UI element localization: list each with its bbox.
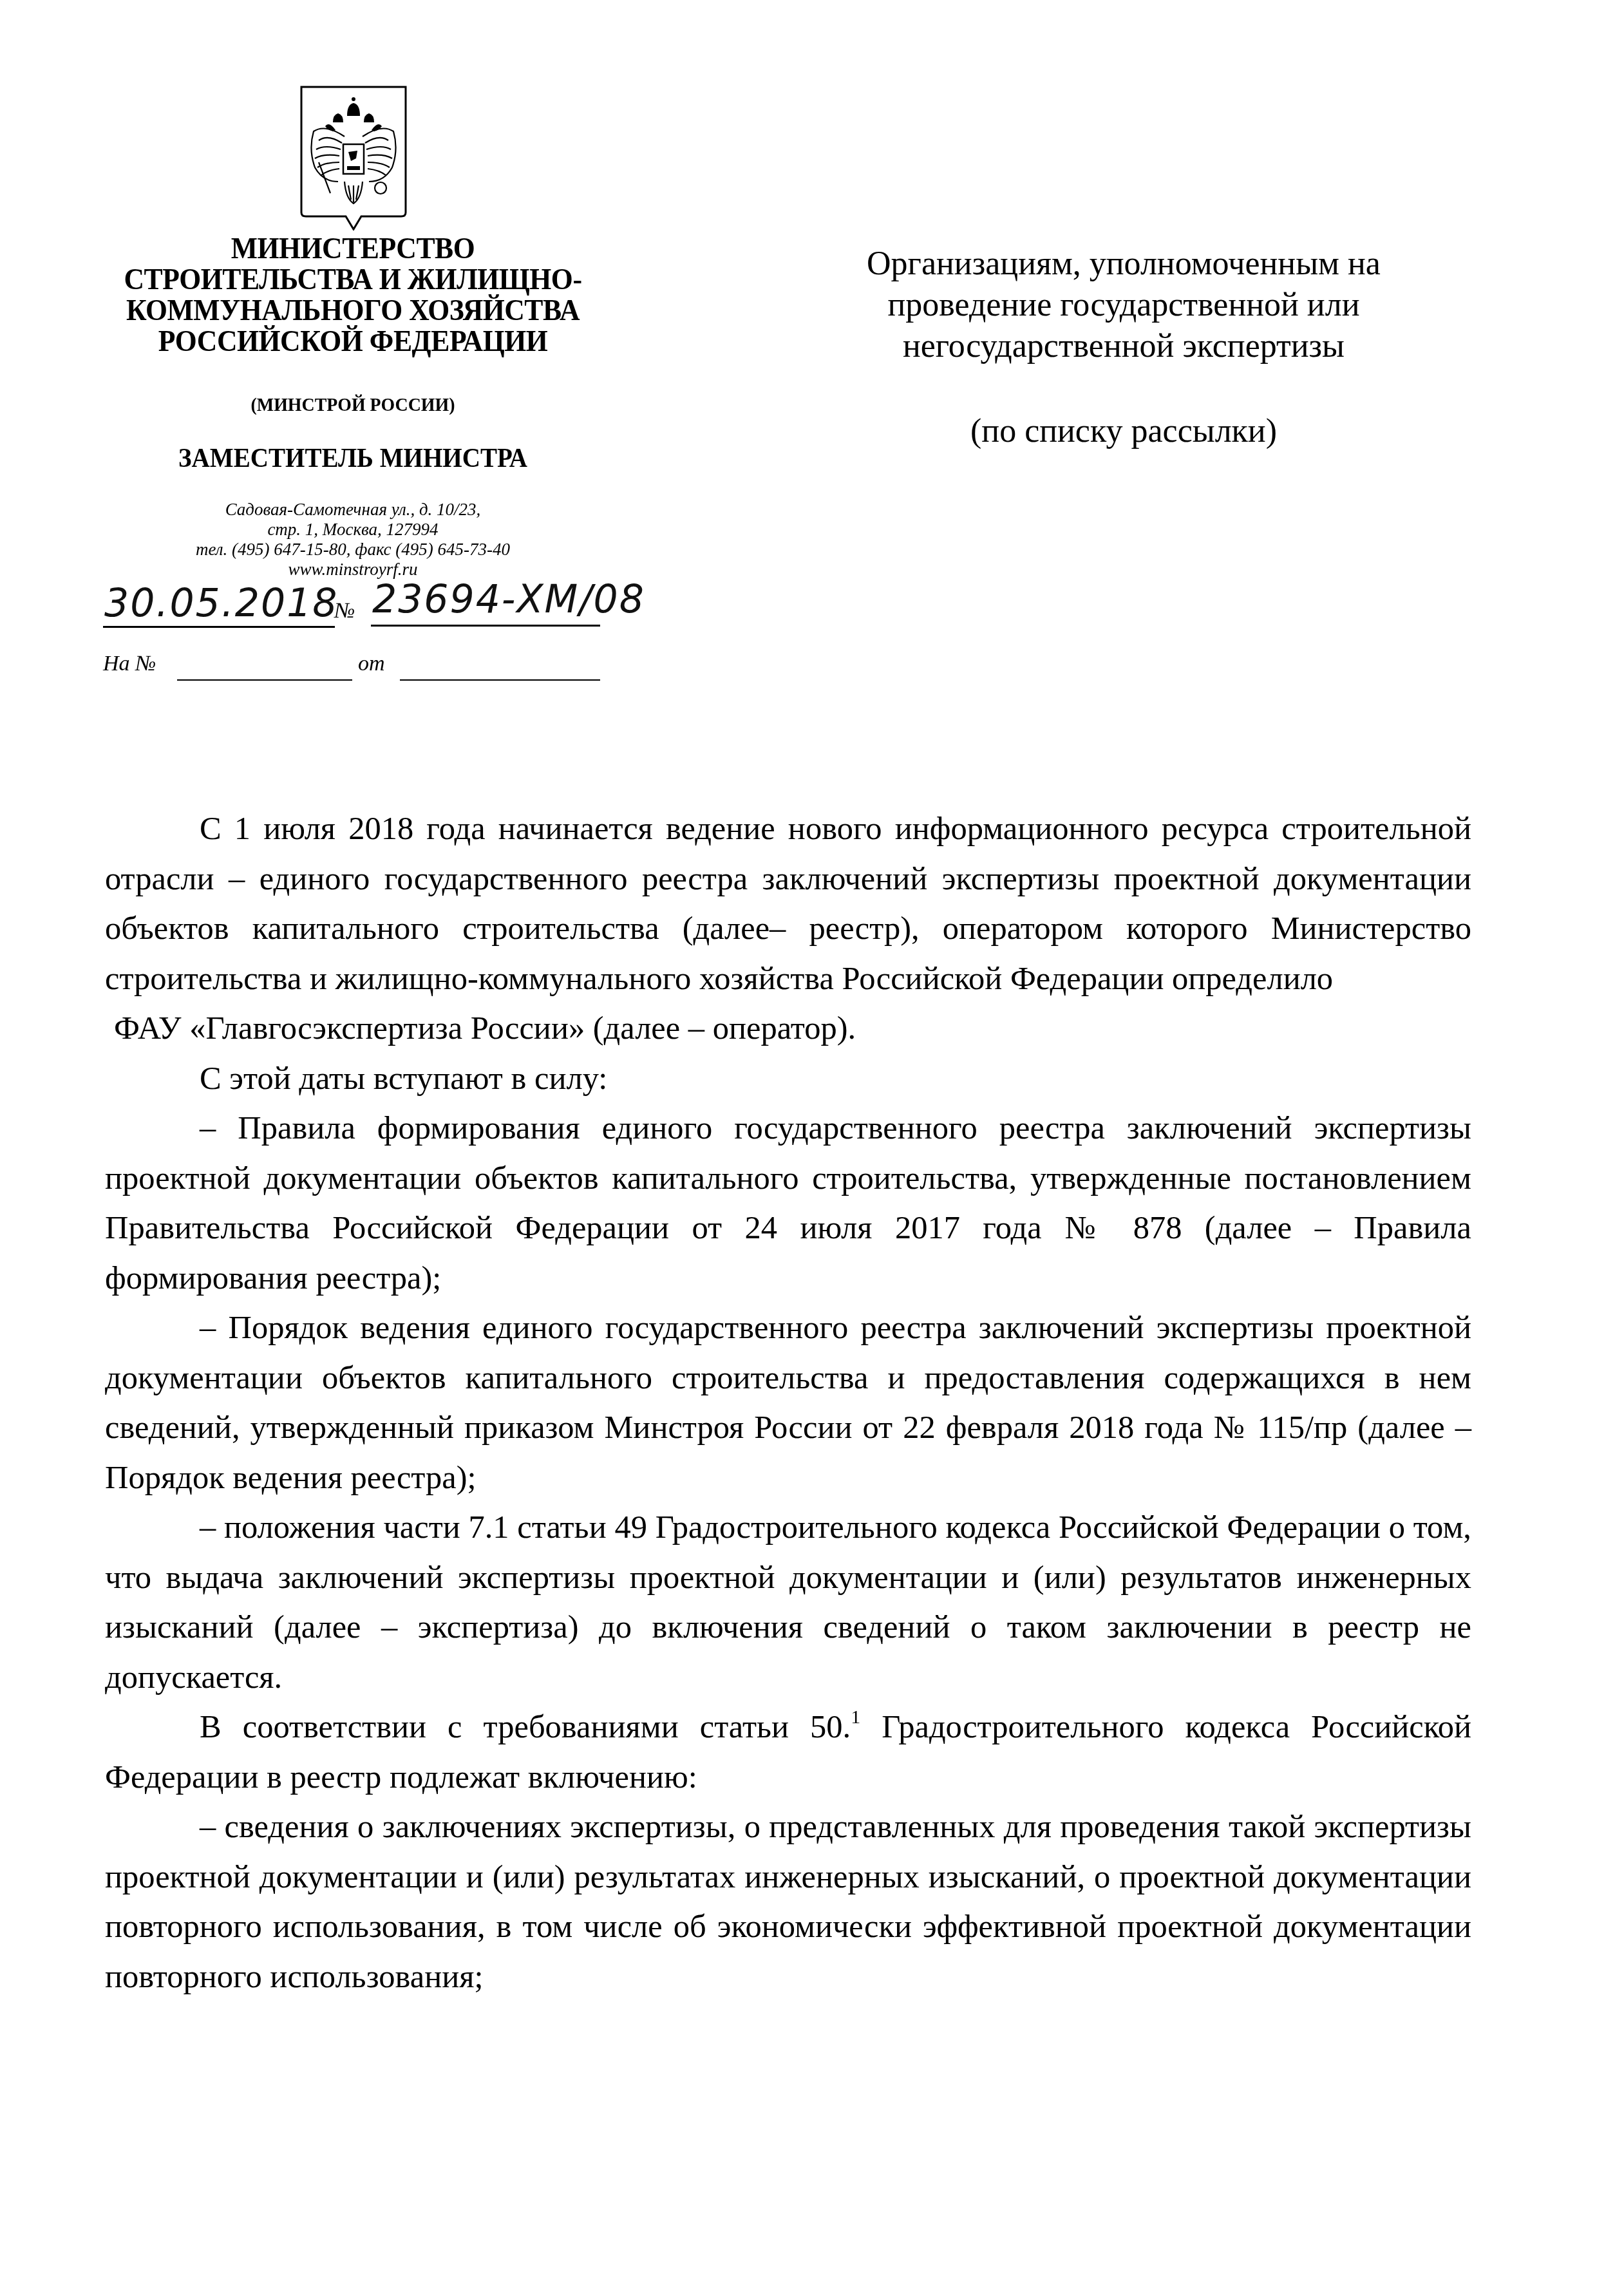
addressee-line: проведение государственной или	[811, 285, 1436, 326]
ministry-name-line: СТРОИТЕЛЬСТВА И ЖИЛИЩНО-	[113, 264, 592, 295]
ministry-name-line: РОССИЙСКОЙ ФЕДЕРАЦИИ	[113, 326, 592, 357]
paragraph: – сведения о заключениях экспертизы, о п…	[105, 1802, 1471, 2001]
address-line: Садовая-Самотечная ул., д. 10/23,	[95, 500, 610, 520]
reference-number-field	[177, 679, 352, 681]
reference-date-label: от	[358, 652, 385, 676]
ministry-name-line: МИНИСТЕРСТВО	[113, 233, 592, 264]
date-underline	[103, 626, 335, 628]
address-line: тел. (495) 647-15-80, факс (495) 645-73-…	[95, 540, 610, 560]
addressee-line: Организациям, уполномоченным на	[811, 243, 1436, 285]
paragraph-text: В соответствии с требованиями статьи 50.	[200, 1708, 851, 1744]
addressee-block: Организациям, уполномоченным на проведен…	[811, 243, 1436, 367]
reference-number-label: На №	[103, 652, 156, 676]
paragraph: С 1 июля 2018 года начинается ведение но…	[105, 804, 1471, 1003]
ministry-name-line: КОММУНАЛЬНОГО ХОЗЯЙСТВА	[113, 295, 592, 326]
paragraph: С этой даты вступают в силу:	[105, 1053, 1471, 1104]
paragraph: В соответствии с требованиями статьи 50.…	[105, 1702, 1471, 1802]
number-sign: №	[334, 599, 355, 623]
letter-body: С 1 июля 2018 года начинается ведение но…	[105, 804, 1471, 2001]
coat-of-arms-icon	[299, 85, 408, 231]
superscript: 1	[851, 1706, 860, 1728]
ministry-name: МИНИСТЕРСТВО СТРОИТЕЛЬСТВА И ЖИЛИЩНО- КО…	[113, 233, 592, 357]
mailing-list-note: (по списку рассылки)	[811, 412, 1436, 450]
number-underline	[371, 625, 600, 627]
reference-date-field	[400, 679, 600, 681]
outgoing-number: 23694-ХМ/08	[372, 577, 645, 622]
outgoing-date: 30.05.2018	[104, 581, 336, 626]
ministry-short-name: (МИНСТРОЙ РОССИИ)	[113, 394, 592, 416]
signatory-position: ЗАМЕСТИТЕЛЬ МИНИСТРА	[113, 443, 592, 474]
paragraph: – Правила формирования единого государст…	[105, 1103, 1471, 1303]
ministry-address: Садовая-Самотечная ул., д. 10/23, стр. 1…	[95, 500, 610, 580]
address-line: стр. 1, Москва, 127994	[95, 520, 610, 540]
paragraph: – положения части 7.1 статьи 49 Градостр…	[105, 1502, 1471, 1702]
paragraph: – Порядок ведения единого государственно…	[105, 1303, 1471, 1502]
addressee-line: негосударственной экспертизы	[811, 326, 1436, 367]
paragraph: ФАУ «Главгосэкспертиза России» (далее – …	[105, 1003, 1471, 1053]
